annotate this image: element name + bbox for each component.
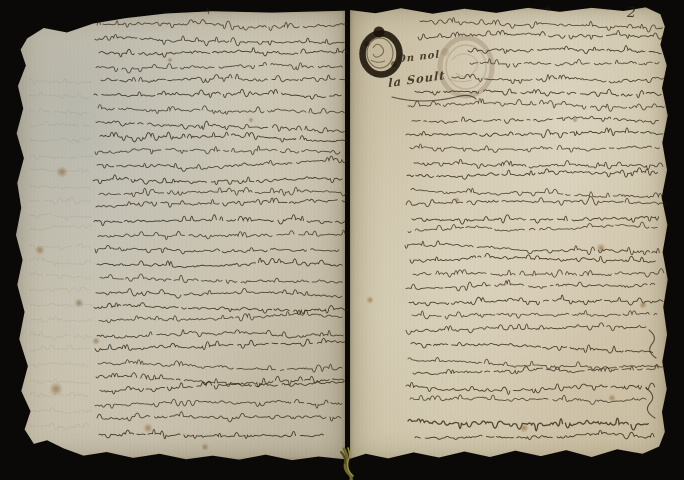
corner-cross-mark-left: + xyxy=(203,5,213,17)
page-number: 2 xyxy=(627,5,636,21)
manuscript-page-left xyxy=(14,9,345,461)
manuscript-photo: 2 + + On nol la Soult xyxy=(0,0,684,480)
corner-cross-mark-right: + xyxy=(543,4,552,15)
